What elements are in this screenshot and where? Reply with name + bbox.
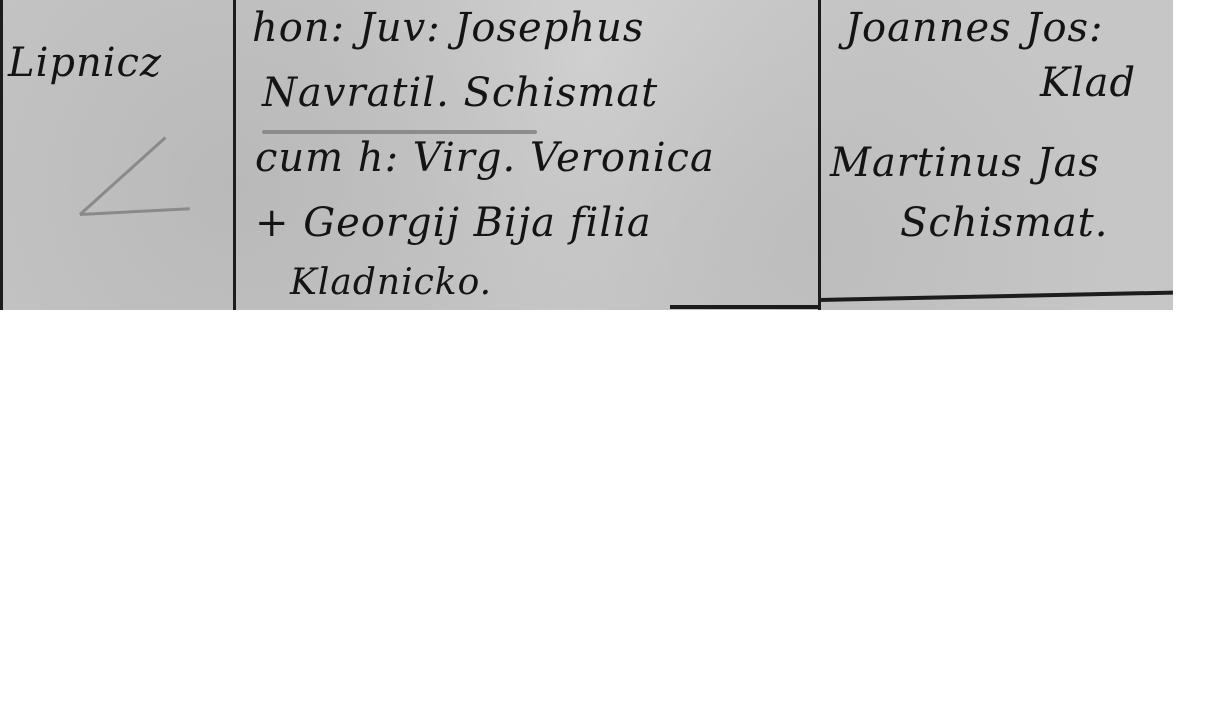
document-scan: Lipnicz hon: Juv: Josephus Navratil. Sch… [0,0,1173,310]
row-divider [670,305,820,309]
row-divider [818,291,1173,302]
column-divider-2 [818,0,821,310]
entry-line-1: hon: Juv: Josephus [252,5,644,51]
witness-line-4: Schismat. [900,200,1108,246]
strike-through-mark [262,130,537,134]
witness-line-1: Joannes Jos: [845,5,1104,51]
witness-line-2: Klad [1040,60,1136,106]
place-name: Lipnicz [8,40,162,86]
entry-line-2: Navratil. Schismat [262,70,658,116]
entry-line-4: + Georgij Bija filia [255,200,652,246]
column-divider-left [0,0,3,310]
column-divider-1 [233,0,236,310]
entry-line-3: cum h: Virg. Veronica [255,135,715,181]
witness-line-3: Martinus Jas [830,140,1100,186]
pencil-mark [79,136,166,215]
pencil-mark [80,207,190,216]
entry-line-5: Kladnicko. [290,262,492,303]
